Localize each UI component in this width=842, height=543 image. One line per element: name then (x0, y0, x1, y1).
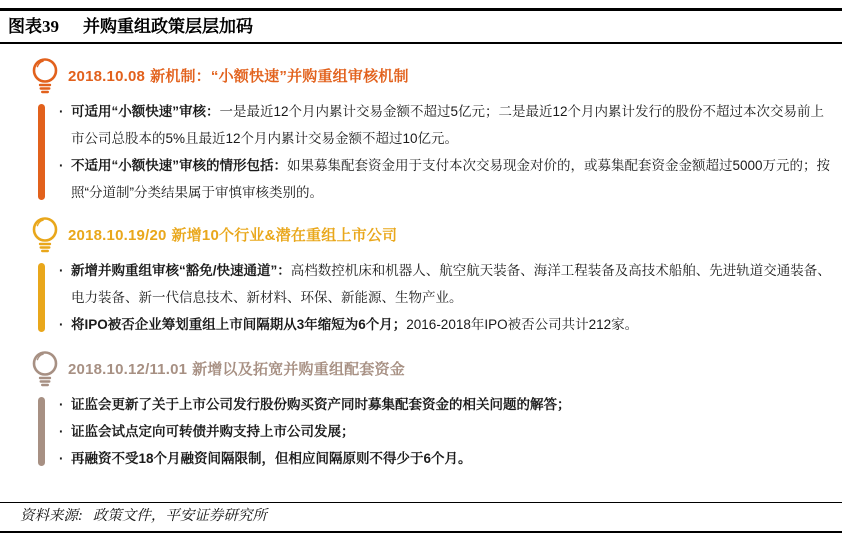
section-1-date: 2018.10.08 (68, 68, 145, 85)
policy-section-1: 2018.10.08新机制：“小额快速”并购重组审核机制 可适用“小额快速”审核… (28, 57, 834, 206)
bullet-list: 可适用“小额快速”审核：一是最近12个月内累计交易金额不超过5亿元；二是最近12… (58, 98, 834, 206)
figure-footer: 资料来源:政策文件，平安证券研究所 (0, 502, 842, 533)
bullet-lead: 不适用“小额快速”审核的情形包括： (71, 158, 287, 173)
bullet-item: 新增并购重组审核“豁免/快速通道”：高档数控机床和机器人、航空航天装备、海洋工程… (58, 257, 834, 311)
figure-title: 并购重组政策层层加码 (83, 17, 253, 36)
report-figure-page: 图表39并购重组政策层层加码 2018.10.08新机制：“小额快速”并购重组审… (0, 0, 842, 543)
policy-section-2: 2018.10.19/20新增10个行业&潜在重组上市公司 新增并购重组审核“豁… (28, 216, 834, 338)
policy-sections: 2018.10.08新机制：“小额快速”并购重组审核机制 可适用“小额快速”审核… (0, 57, 842, 472)
bullet-lead: 证监会试点定向可转债并购支持上市公司发展； (71, 424, 355, 439)
bullet-lead: 再融资不受18个月融资间隔限制，但相应间隔原则不得少于6个月。 (71, 451, 472, 466)
section-1-accent-bar (38, 104, 45, 200)
section-2-title: 新增10个行业&潜在重组上市公司 (172, 227, 398, 244)
figure-header: 图表39并购重组政策层层加码 (0, 11, 842, 44)
section-3-heading: 2018.10.12/11.01新增以及拓宽并购重组配套资金 (68, 360, 405, 379)
bullet-lead: 可适用“小额快速”审核： (71, 104, 220, 119)
bullet-item: 将IPO被否企业筹划重组上市间隔期从3年缩短为6个月；2016-2018年IPO… (58, 311, 834, 338)
section-2-heading: 2018.10.19/20新增10个行业&潜在重组上市公司 (68, 226, 397, 245)
source-line: 资料来源:政策文件，平安证券研究所 (0, 503, 842, 531)
section-1-header: 2018.10.08新机制：“小额快速”并购重组审核机制 (28, 57, 834, 95)
bullet-lead: 将IPO被否企业筹划重组上市间隔期从3年缩短为6个月； (71, 317, 406, 332)
section-3-title: 新增以及拓宽并购重组配套资金 (192, 361, 405, 378)
section-3-date: 2018.10.12/11.01 (68, 361, 187, 378)
section-1-body: 可适用“小额快速”审核：一是最近12个月内累计交易金额不超过5亿元；二是最近12… (28, 98, 834, 206)
lightbulb-icon (28, 350, 62, 388)
section-2-body: 新增并购重组审核“豁免/快速通道”：高档数控机床和机器人、航空航天装备、海洋工程… (28, 257, 834, 338)
policy-section-3: 2018.10.12/11.01新增以及拓宽并购重组配套资金 证监会更新了关于上… (28, 350, 834, 472)
section-3-body: 证监会更新了关于上市公司发行股份购买资产同时募集配套资金的相关问题的解答； 证监… (28, 391, 834, 472)
source-text: 政策文件，平安证券研究所 (93, 508, 267, 524)
bullet-item: 不适用“小额快速”审核的情形包括：如果募集配套资金用于支付本次交易现金对价的，或… (58, 152, 834, 206)
bullet-item: 证监会试点定向可转债并购支持上市公司发展； (58, 418, 834, 445)
figure-label: 图表39 (8, 17, 59, 36)
bullet-item: 可适用“小额快速”审核：一是最近12个月内累计交易金额不超过5亿元；二是最近12… (58, 98, 834, 152)
bullet-list: 新增并购重组审核“豁免/快速通道”：高档数控机床和机器人、航空航天装备、海洋工程… (58, 257, 834, 338)
section-2-date: 2018.10.19/20 (68, 227, 167, 244)
section-3-header: 2018.10.12/11.01新增以及拓宽并购重组配套资金 (28, 350, 834, 388)
bullet-lead: 新增并购重组审核“豁免/快速通道”： (71, 263, 291, 278)
section-1-heading: 2018.10.08新机制：“小额快速”并购重组审核机制 (68, 67, 409, 86)
bullet-lead: 证监会更新了关于上市公司发行股份购买资产同时募集配套资金的相关问题的解答； (71, 397, 571, 412)
section-3-accent-bar (38, 397, 45, 466)
section-2-accent-bar (38, 263, 45, 332)
bullet-text: 2016-2018年IPO被否公司共计212家。 (406, 317, 638, 332)
section-2-header: 2018.10.19/20新增10个行业&潜在重组上市公司 (28, 216, 834, 254)
source-label: 资料来源: (20, 508, 83, 524)
bullet-list: 证监会更新了关于上市公司发行股份购买资产同时募集配套资金的相关问题的解答； 证监… (58, 391, 834, 472)
bullet-item: 证监会更新了关于上市公司发行股份购买资产同时募集配套资金的相关问题的解答； (58, 391, 834, 418)
lightbulb-icon (28, 57, 62, 95)
lightbulb-icon (28, 216, 62, 254)
section-1-title: 新机制：“小额快速”并购重组审核机制 (150, 68, 409, 85)
bullet-item: 再融资不受18个月融资间隔限制，但相应间隔原则不得少于6个月。 (58, 445, 834, 472)
